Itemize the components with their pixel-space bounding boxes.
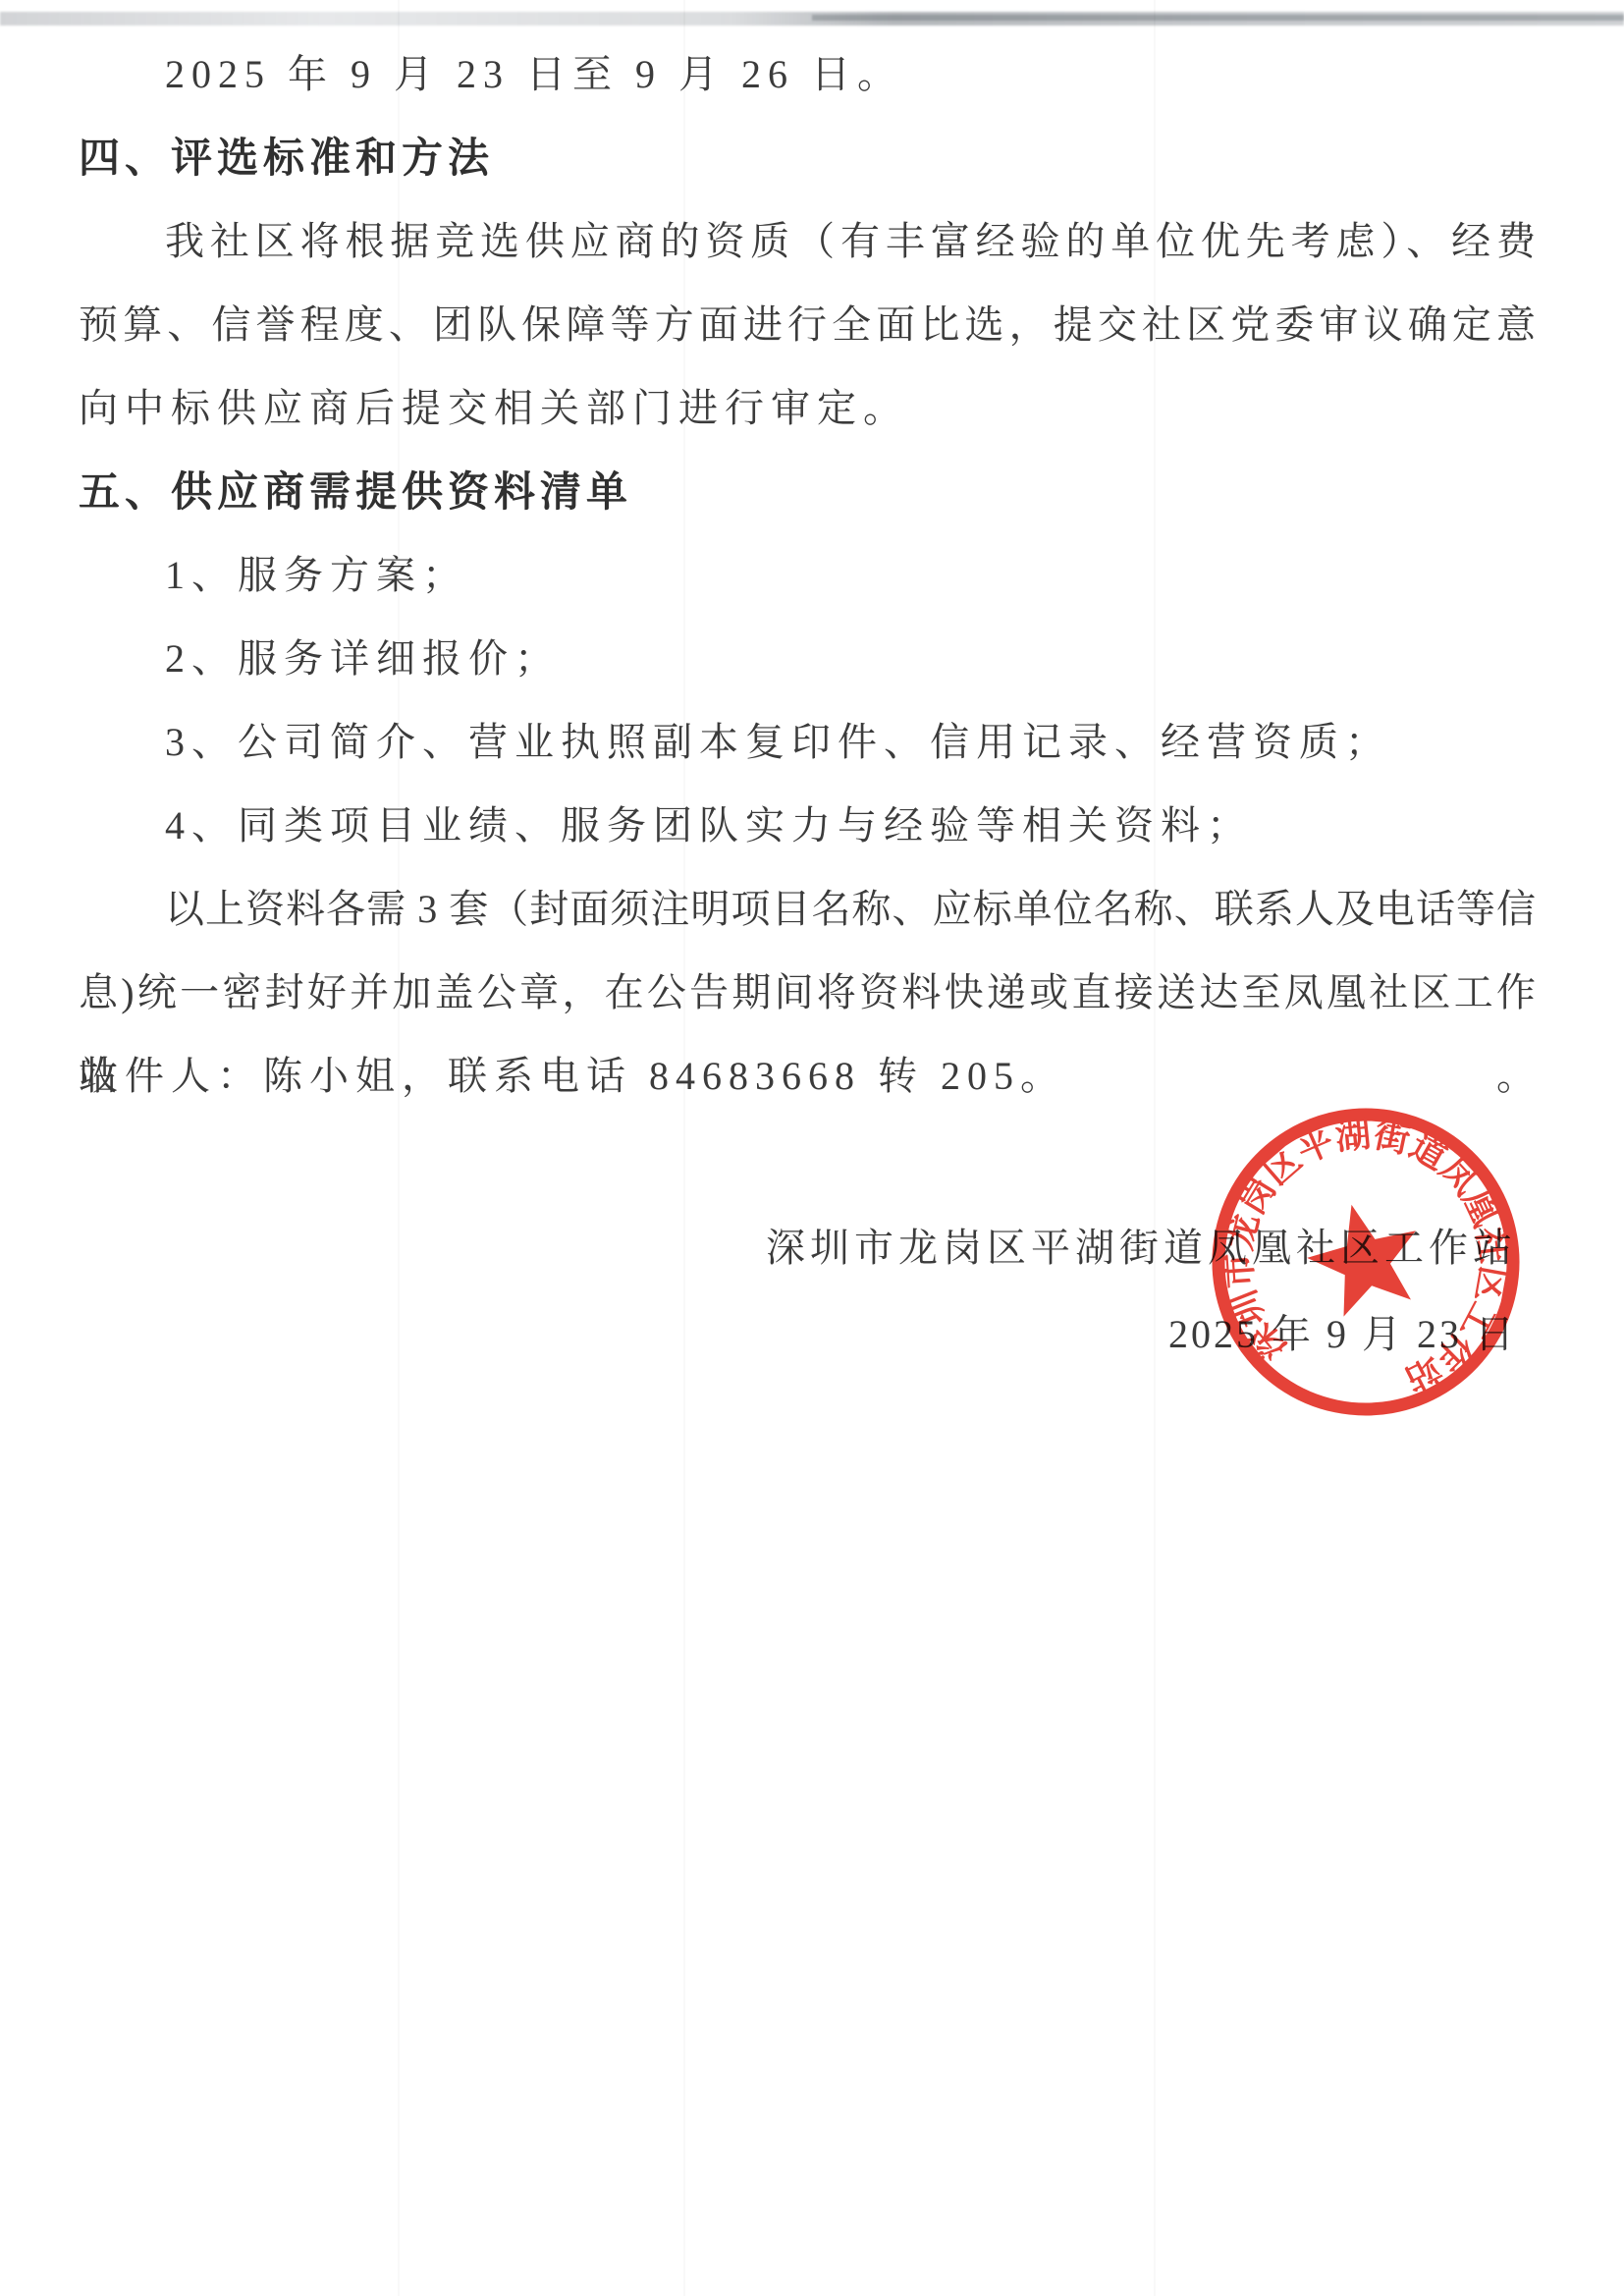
text-line: 五、供应商需提供资料清单 <box>79 450 1537 533</box>
document-page: 2025 年 9 月 23 日至 9 月 26 日。四、评选标准和方法我社区将根… <box>0 0 1624 2296</box>
text-line: 我社区将根据竞选供应商的资质（有丰富经验的单位优先考虑）、经费 <box>79 199 1537 283</box>
scan-artifact-bar-dark <box>812 15 1624 21</box>
official-seal: 深圳市龙岗区平湖街道凤凰社区工作站 <box>1199 1095 1533 1429</box>
text-line: 息)统一密封好并加盖公章，在公告期间将资料快递或直接送达至凤凰社区工作站。 <box>79 951 1537 1034</box>
text-line: 四、评选标准和方法 <box>79 116 1537 199</box>
text-line: 4、同类项目业绩、服务团队实力与经验等相关资料； <box>79 784 1537 867</box>
text-line: 向中标供应商后提交相关部门进行审定。 <box>79 366 1537 450</box>
text-line: 以上资料各需 3 套（封面须注明项目名称、应标单位名称、联系人及电话等信 <box>79 867 1537 951</box>
document-body: 2025 年 9 月 23 日至 9 月 26 日。四、评选标准和方法我社区将根… <box>79 32 1537 1118</box>
text-line: 3、公司简介、营业执照副本复印件、信用记录、经营资质； <box>79 700 1537 784</box>
seal-star <box>1297 1191 1432 1322</box>
text-line: 2025 年 9 月 23 日至 9 月 26 日。 <box>79 32 1537 116</box>
text-line: 预算、信誉程度、团队保障等方面进行全面比选，提交社区党委审议确定意 <box>79 283 1537 366</box>
text-line: 1、服务方案； <box>79 533 1537 617</box>
text-line: 2、服务详细报价； <box>79 617 1537 700</box>
